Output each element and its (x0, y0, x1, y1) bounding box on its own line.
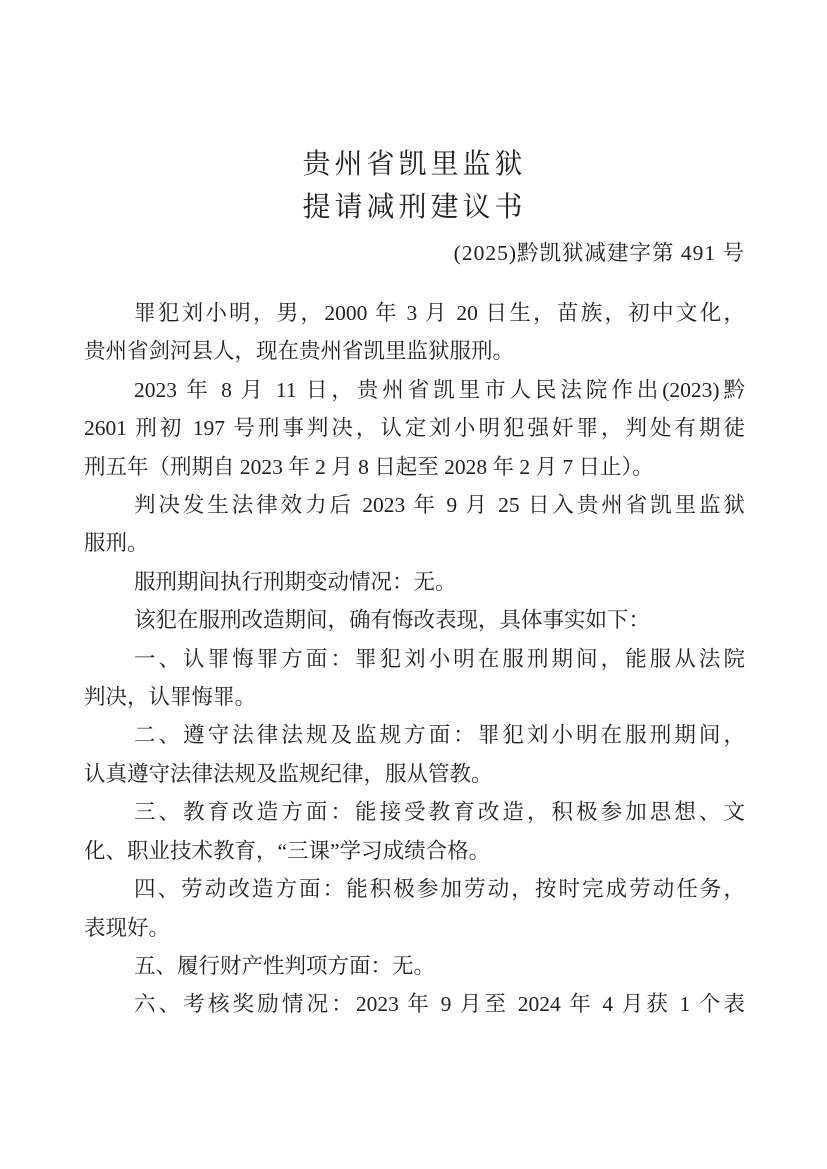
body-line: 服刑期间执行刑期变动情况：无。 (84, 563, 745, 601)
document-content: 贵州省凯里监狱 提请减刑建议书 (2025)黔凯狱减建字第 491 号 罪犯刘小… (84, 0, 745, 1024)
body-line: 四、劳动改造方面：能积极参加劳动，按时完成劳动任务， (84, 870, 745, 908)
body-line: 六、考核奖励情况：2023 年 9 月至 2024 年 4 月获 1 个表 (84, 985, 745, 1023)
document-body: 罪犯刘小明，男，2000 年 3 月 20 日生，苗族，初中文化，贵州省剑河县人… (84, 294, 745, 1024)
body-line: 该犯在服刑改造期间，确有悔改表现，具体事实如下： (84, 601, 745, 639)
paragraph: 三、教育改造方面：能接受教育改造，积极参加思想、文化、职业技术教育，“三课”学习… (84, 793, 745, 870)
body-line: 一、认罪悔罪方面：罪犯刘小明在服刑期间，能服从法院 (84, 640, 745, 678)
body-line: 二、遵守法律法规及监规方面：罪犯刘小明在服刑期间， (84, 716, 745, 754)
body-line: 2023 年 8 月 11 日，贵州省凯里市人民法院作出(2023)黔 (84, 371, 745, 409)
body-line: 刑五年（刑期自 2023 年 2 月 8 日起至 2028 年 2 月 7 日止… (84, 448, 745, 486)
paragraph: 该犯在服刑改造期间，确有悔改表现，具体事实如下： (84, 601, 745, 639)
body-line: 三、教育改造方面：能接受教育改造，积极参加思想、文 (84, 793, 745, 831)
body-line: 五、履行财产性判项方面：无。 (84, 947, 745, 985)
body-line: 表现好。 (84, 909, 745, 947)
body-line: 贵州省剑河县人，现在贵州省凯里监狱服刑。 (84, 332, 745, 370)
document-number: (2025)黔凯狱减建字第 491 号 (84, 238, 745, 268)
paragraph: 一、认罪悔罪方面：罪犯刘小明在服刑期间，能服从法院判决，认罪悔罪。 (84, 640, 745, 717)
paragraph: 服刑期间执行刑期变动情况：无。 (84, 563, 745, 601)
document-page: 贵州省凯里监狱 提请减刑建议书 (2025)黔凯狱减建字第 491 号 罪犯刘小… (0, 0, 827, 1169)
paragraph: 二、遵守法律法规及监规方面：罪犯刘小明在服刑期间，认真遵守法律法规及监规纪律，服… (84, 716, 745, 793)
paragraph: 罪犯刘小明，男，2000 年 3 月 20 日生，苗族，初中文化，贵州省剑河县人… (84, 294, 745, 371)
body-line: 服刑。 (84, 524, 745, 562)
body-line: 化、职业技术教育，“三课”学习成绩合格。 (84, 832, 745, 870)
paragraph: 六、考核奖励情况：2023 年 9 月至 2024 年 4 月获 1 个表 (84, 985, 745, 1023)
document-title-line2: 提请减刑建议书 (84, 186, 745, 229)
paragraph: 五、履行财产性判项方面：无。 (84, 947, 745, 985)
paragraph: 四、劳动改造方面：能积极参加劳动，按时完成劳动任务，表现好。 (84, 870, 745, 947)
paragraph: 2023 年 8 月 11 日，贵州省凯里市人民法院作出(2023)黔2601 … (84, 371, 745, 486)
body-line: 罪犯刘小明，男，2000 年 3 月 20 日生，苗族，初中文化， (84, 294, 745, 332)
body-line: 2601 刑初 197 号刑事判决，认定刘小明犯强奸罪，判处有期徒 (84, 409, 745, 447)
document-title: 贵州省凯里监狱 提请减刑建议书 (84, 143, 745, 229)
body-line: 认真遵守法律法规及监规纪律，服从管教。 (84, 755, 745, 793)
body-line: 判决，认罪悔罪。 (84, 678, 745, 716)
document-title-line1: 贵州省凯里监狱 (84, 143, 745, 186)
body-line: 判决发生法律效力后 2023 年 9 月 25 日入贵州省凯里监狱 (84, 486, 745, 524)
paragraph: 判决发生法律效力后 2023 年 9 月 25 日入贵州省凯里监狱服刑。 (84, 486, 745, 563)
